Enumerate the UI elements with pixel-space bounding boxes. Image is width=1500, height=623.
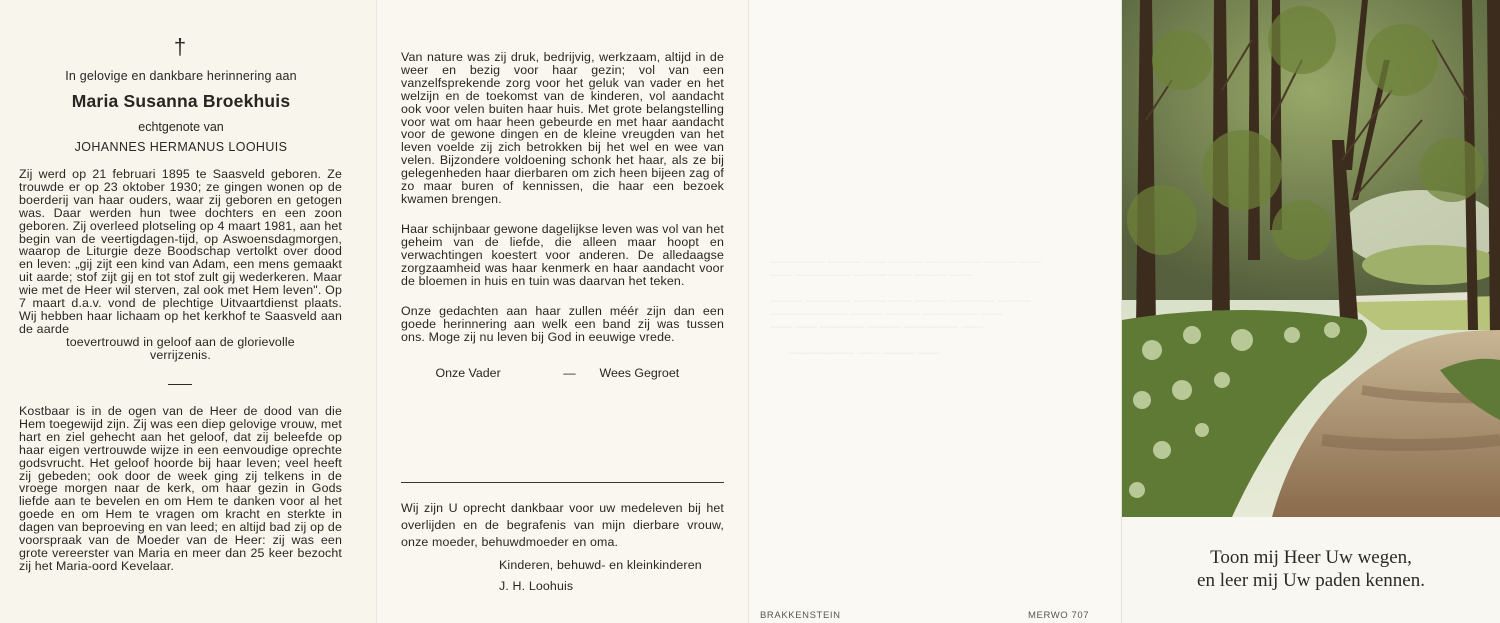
tree-lined-path-photo (1122, 0, 1500, 517)
verse-line-1: Toon mij Heer Uw wegen, (1122, 546, 1500, 569)
remembrance-intro: In gelovige en dankbare herinnering aan (0, 69, 362, 83)
scripture-verse: Toon mij Heer Uw wegen, en leer mij Uw p… (1122, 546, 1500, 592)
remembrance-paragraph: Onze gedachten aan haar zullen méér zijn… (401, 305, 724, 344)
verse-line-2: en leer mij Uw paden kennen. (1122, 569, 1500, 592)
spouse-name: JOHANNES HERMANUS LOOHUIS (0, 140, 362, 154)
spouse-label: echtgenote van (0, 120, 362, 134)
bleed-through-text: ————— ——— —— ——— ————— ——— ———— ————— ——… (770, 256, 1090, 360)
deceased-name: Maria Susanna Broekhuis (0, 91, 362, 112)
print-code: MERWO 707 (1028, 610, 1089, 621)
love-paragraph: Haar schijnbaar gewone dagelijkse leven … (401, 223, 724, 288)
thank-you-note: Wij zijn U oprecht dankbaar voor uw mede… (401, 500, 724, 551)
prayer-separator: — (540, 366, 600, 380)
biography-text: Zij werd op 21 februari 1895 te Saasveld… (19, 168, 342, 336)
signature-family: Kinderen, behuwd- en kleinkinderen (499, 558, 702, 572)
prayer-our-father: Onze Vader (436, 366, 540, 380)
divider-dash (168, 384, 192, 385)
card-panel-front-left: † In gelovige en dankbare herinnering aa… (0, 0, 376, 623)
character-paragraph: Van nature was zij druk, bedrijvig, werk… (401, 51, 724, 206)
signature-name: J. H. Loohuis (499, 579, 573, 593)
biography-end-line1: toevertrouwd in geloof aan de glorievoll… (19, 336, 342, 349)
faith-paragraph: Kostbaar is in de ogen van de Heer de do… (19, 405, 342, 573)
remembrance-text: Onze gedachten aan haar zullen méér zijn… (401, 305, 724, 344)
latin-cross-icon: † (0, 36, 360, 58)
prayer-list: Onze Vader — Wees Gegroet (401, 366, 724, 380)
biography-end-line2: verrijzenis. (19, 349, 342, 362)
love-text: Haar schijnbaar gewone dagelijkse leven … (401, 223, 724, 288)
biography: Zij werd op 21 februari 1895 te Saasveld… (19, 168, 342, 362)
prayer-hail-mary: Wees Gegroet (600, 366, 690, 380)
faith-text: Kostbaar is in de ogen van de Heer de do… (19, 405, 342, 573)
character-text: Van nature was zij druk, bedrijvig, werk… (401, 51, 724, 206)
printer-name: BRAKKENSTEIN (760, 610, 841, 621)
horizontal-rule (401, 482, 724, 483)
